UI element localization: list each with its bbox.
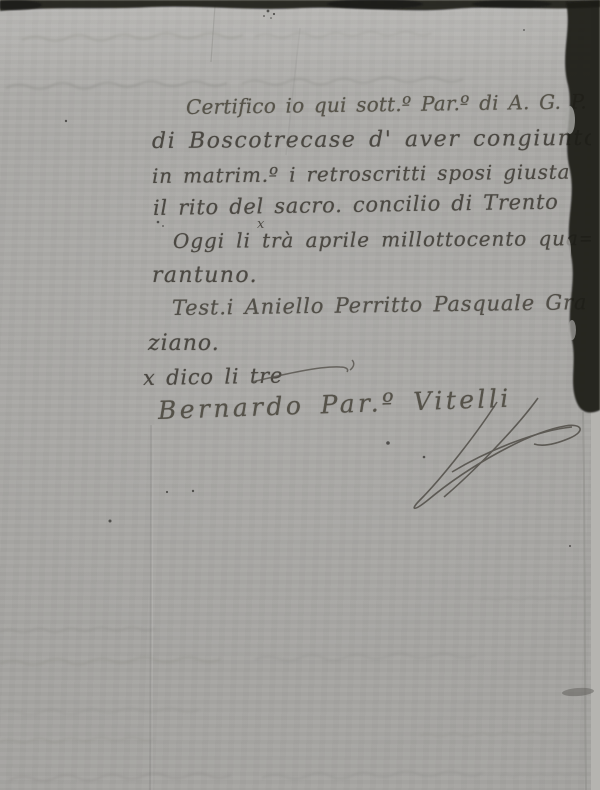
scan-edge-top (0, 0, 600, 11)
scanned-document-page: Certifico io qui sott.º Par.º di A. G. P… (0, 0, 600, 790)
note-flourish (252, 360, 354, 382)
signature-flourish (414, 398, 580, 508)
flourishes-and-scan-edges (0, 0, 600, 790)
